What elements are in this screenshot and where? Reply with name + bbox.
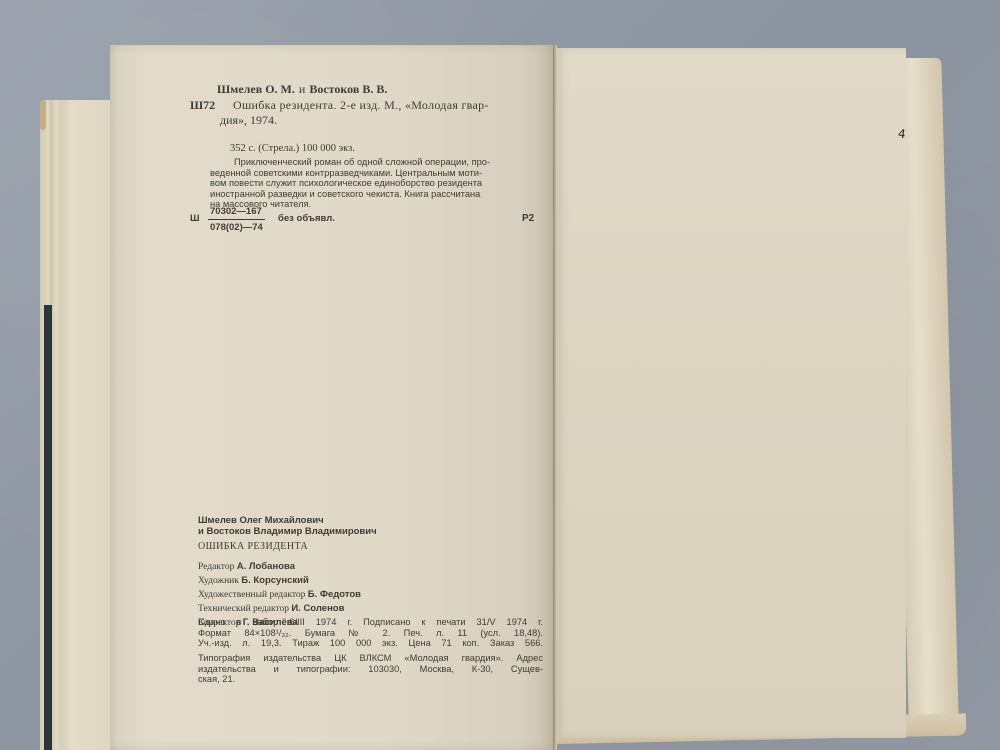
annotation-line: иностранной разведки и советского чекист…	[210, 189, 540, 200]
annotation-line: вом повести служит психологическое едино…	[210, 178, 540, 189]
print-info-line: Уч.-изд. л. 19,3. Тираж 100 000 экз. Цен…	[198, 638, 543, 649]
annotation: Приключенческий роман об одной сложной о…	[210, 157, 540, 210]
annotation-line: веденной советскими контрразведчиками. Ц…	[210, 168, 540, 179]
pages-series-print-run: 352 с. (Стрела.) 100 000 экз.	[230, 142, 355, 155]
printing-house-info: Типография издательства ЦК ВЛКСМ «Молода…	[198, 653, 543, 685]
credit-role: Художественный редактор	[198, 590, 305, 600]
print-info: Сдано в набор 6/III 1974 г. Подписано к …	[198, 617, 543, 649]
colophon-author-line: Шмелев Олег Михайлович	[198, 515, 377, 526]
colophon-authors: Шмелев Олег Михайлович и Востоков Владим…	[198, 515, 377, 537]
credit-role: Художник	[198, 576, 239, 586]
catalog-letter: Ш	[190, 212, 200, 225]
credit-row: Редактор А. Лобанова	[198, 560, 361, 574]
credit-row: Художник Б. Корсунский	[198, 574, 361, 588]
credit-row: Художественный редактор Б. Федотов	[198, 588, 361, 602]
catalog-fraction: 70302—167 078(02)—74	[208, 205, 265, 234]
credit-name: Б. Федотов	[308, 589, 361, 600]
credit-role: Технический редактор	[198, 604, 289, 614]
credit-role: Редактор	[198, 562, 234, 572]
authors-header: Шмелев О. М.иВостоков В. В.	[217, 83, 387, 96]
colophon-author-line: и Востоков Владимир Владимирович	[198, 526, 377, 537]
print-info-line: Формат 84×108¹/₃₂. Бумага № 2. Печ. л. 1…	[198, 628, 543, 639]
printing-house-line: ская, 21.	[198, 674, 543, 685]
credit-name: И. Соленов	[291, 603, 344, 614]
library-class-mark: Ш72	[190, 99, 215, 112]
catalog-denominator: 078(02)—74	[208, 220, 265, 234]
author-first: Шмелев О. М.	[217, 82, 295, 96]
left-page: Шмелев О. М.иВостоков В. В. Ш72 Ошибка р…	[110, 45, 555, 750]
page-fold-shadow	[110, 45, 118, 750]
printing-house-line: Типография издательства ЦК ВЛКСМ «Молода…	[198, 653, 543, 664]
book-title: ОШИБКА РЕЗИДЕНТА	[198, 540, 308, 553]
photo-scene: 4 Шмелев О. М.иВостоков В. В. Ш72 Ошибка…	[0, 0, 1000, 750]
author-second: Востоков В. В.	[309, 82, 387, 96]
annotation-line: Приключенческий роман об одной сложной о…	[210, 157, 540, 168]
bibliographic-title-line-2: дия», 1974.	[220, 114, 277, 127]
catalog-numerator: 70302—167	[208, 205, 265, 220]
print-info-line: Сдано в набор 6/III 1974 г. Подписано к …	[198, 617, 543, 628]
credit-row: Технический редактор И. Соленов	[198, 602, 361, 616]
book-gutter	[553, 45, 557, 750]
printing-house-line: издательства и типографии: 103030, Москв…	[198, 664, 543, 675]
author-conjunction: и	[299, 82, 305, 96]
bibliographic-title-line-1: Ошибка резидента. 2-е изд. М., «Молодая …	[233, 99, 489, 112]
page-stack-edge	[40, 100, 120, 750]
book-cover-edge	[44, 305, 52, 750]
price-code: Р2	[522, 212, 534, 225]
right-page	[556, 48, 906, 738]
credit-name: Б. Корсунский	[241, 575, 309, 586]
credit-name: А. Лобанова	[237, 561, 295, 572]
catalog-note: без объявл.	[278, 212, 335, 225]
